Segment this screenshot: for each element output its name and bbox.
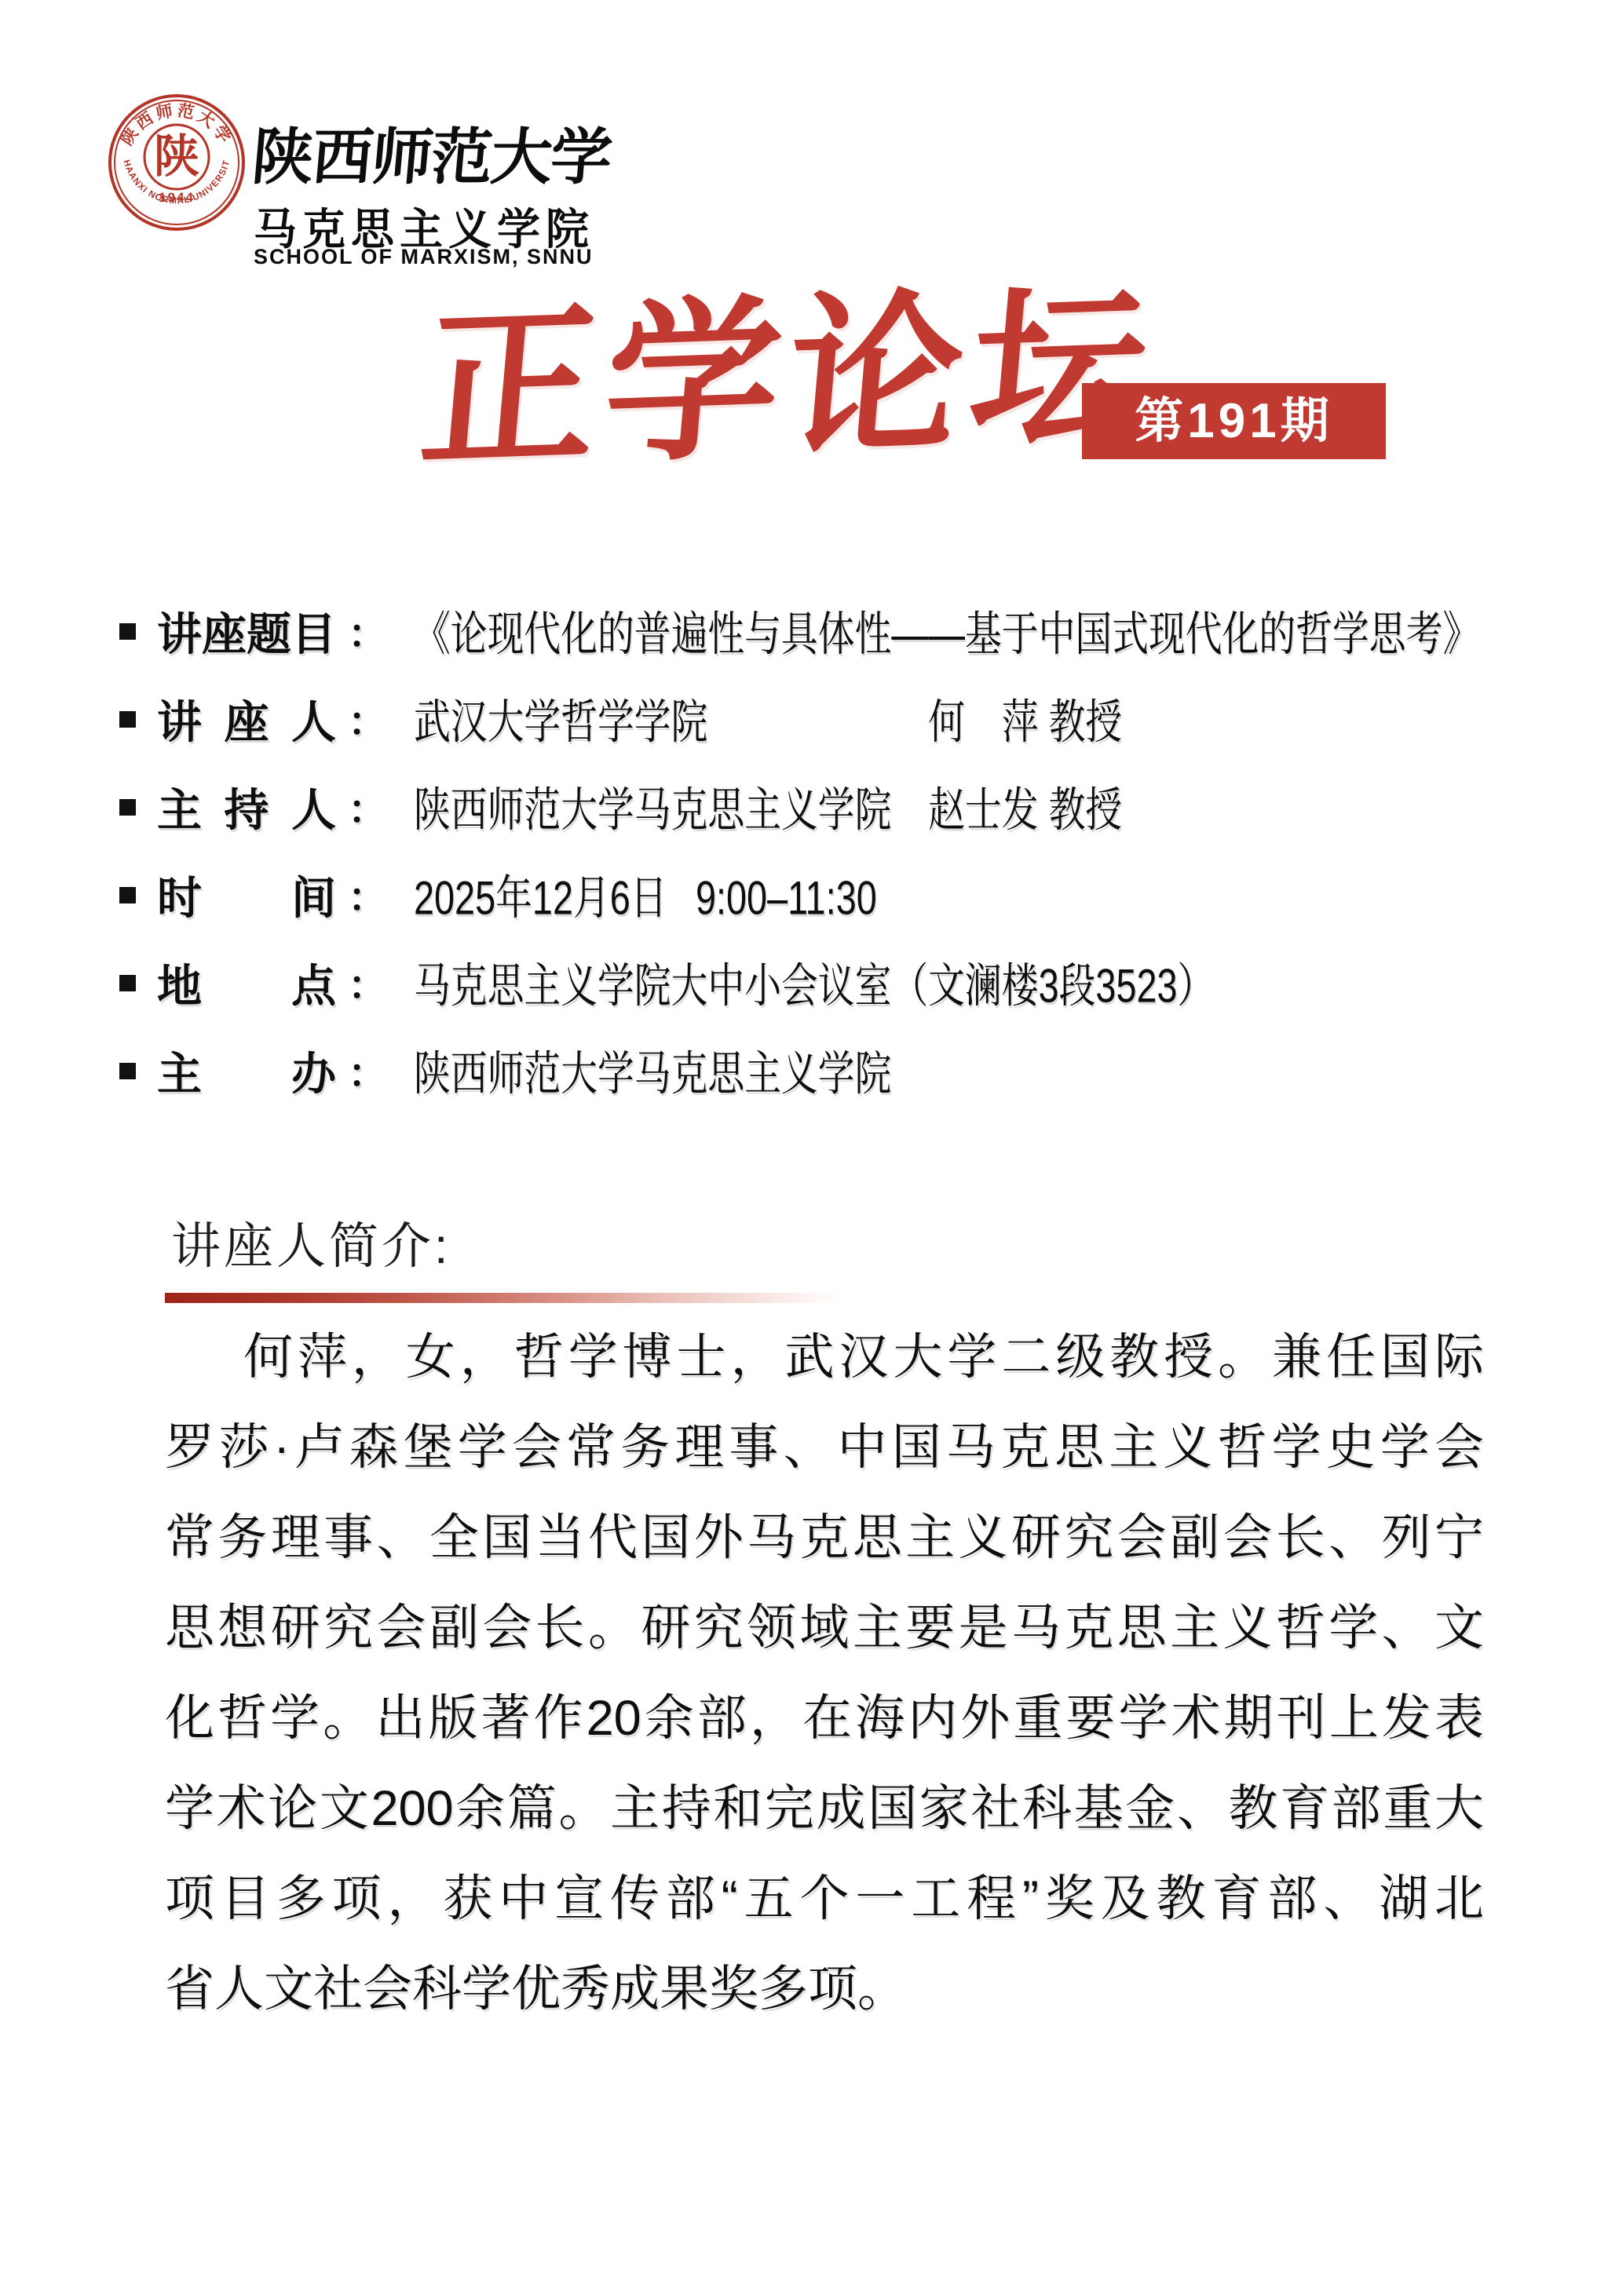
school-name-english: SCHOOL OF MARXISM, SNNU — [254, 245, 594, 269]
profile-heading: 讲座人简介: — [171, 1206, 451, 1278]
detail-row-topic: 讲座题目 ： 《论现代化的普遍性与具体性——基于中国式现代化的哲学思考》 — [0, 588, 1608, 676]
detail-value: 陕西师范大学马克思主义学院 赵士发 教授 — [414, 772, 1122, 840]
bio-line: 化哲学。出版著作20余部，在海内外重要学术期刊上发表 — [165, 1674, 1484, 1764]
bullet-square-icon — [119, 1063, 136, 1079]
detail-label: 地 点 — [157, 950, 336, 1014]
bio-line: 何萍，女，哲学博士，武汉大学二级教授。兼任国际 — [165, 1312, 1484, 1403]
detail-value: 武汉大学哲学学院 何 萍 教授 — [414, 684, 1122, 752]
bio-line: 项目多项，获中宣传部“五个一工程”奖及教育部、湖北 — [165, 1854, 1484, 1944]
issue-badge: 第191期 — [1082, 383, 1386, 459]
detail-value: 2025年12月6日 9:00–11:30 — [414, 860, 877, 928]
seal-center-character: 陕 — [154, 130, 199, 183]
detail-colon: ： — [348, 1042, 387, 1099]
detail-label: 时 间 — [157, 862, 336, 926]
detail-label: 讲 座 人 — [157, 686, 336, 750]
detail-row-organizer: 主 办 ： 陕西师范大学马克思主义学院 — [0, 1028, 1608, 1115]
bio-line: 罗莎·卢森堡学会常务理事、中国马克思主义哲学史学会 — [165, 1403, 1484, 1493]
detail-colon: ： — [348, 603, 387, 659]
forum-title: 正学论坛 — [413, 260, 1188, 496]
university-name: 陕西师范大学 — [249, 108, 615, 196]
detail-colon: ： — [348, 779, 387, 835]
speaker-bio: 何萍，女，哲学博士，武汉大学二级教授。兼任国际 罗莎·卢森堡学会常务理事、中国马… — [165, 1312, 1484, 2035]
detail-colon: ： — [348, 867, 387, 923]
detail-colon: ： — [348, 691, 387, 747]
issue-number: 第191期 — [1082, 383, 1386, 459]
bullet-square-icon — [119, 623, 136, 640]
detail-value: 《论现代化的普遍性与具体性——基于中国式现代化的哲学思考》 — [414, 597, 1479, 664]
lecture-poster: 陕西师范大学 陕 1944 SHAANXI NORMAL UNIVERSITY … — [0, 0, 1608, 2296]
detail-row-host: 主 持 人 ： 陕西师范大学马克思主义学院 赵士发 教授 — [0, 764, 1608, 852]
bullet-square-icon — [119, 975, 136, 991]
detail-label: 主 办 — [157, 1038, 336, 1102]
bio-line: 学术论文200余篇。主持和完成国家社科基金、教育部重大 — [165, 1764, 1484, 1854]
bullet-square-icon — [119, 887, 136, 903]
detail-label: 讲座题目 — [157, 598, 336, 663]
detail-colon: ： — [348, 955, 387, 1011]
detail-row-time: 时 间 ： 2025年12月6日 9:00–11:30 — [0, 852, 1608, 940]
university-seal-icon: 陕西师范大学 陕 1944 SHAANXI NORMAL UNIVERSITY — [107, 93, 247, 232]
detail-value: 陕西师范大学马克思主义学院 — [414, 1036, 891, 1104]
bullet-square-icon — [119, 711, 136, 728]
detail-row-location: 地 点 ： 马克思主义学院大中小会议室（文澜楼3段3523） — [0, 940, 1608, 1028]
detail-value: 马克思主义学院大中小会议室（文澜楼3段3523） — [414, 948, 1214, 1016]
detail-row-speaker: 讲 座 人 ： 武汉大学哲学学院 何 萍 教授 — [0, 676, 1608, 764]
bullet-square-icon — [119, 799, 136, 816]
red-gradient-divider — [165, 1293, 842, 1303]
bio-line: 思想研究会副会长。研究领域主要是马克思主义哲学、文 — [165, 1583, 1484, 1674]
bio-line: 省人文社会科学优秀成果奖多项。 — [165, 1944, 1484, 2035]
detail-label: 主 持 人 — [157, 774, 336, 838]
bio-line: 常务理事、全国当代国外马克思主义研究会副会长、列宁 — [165, 1493, 1484, 1583]
